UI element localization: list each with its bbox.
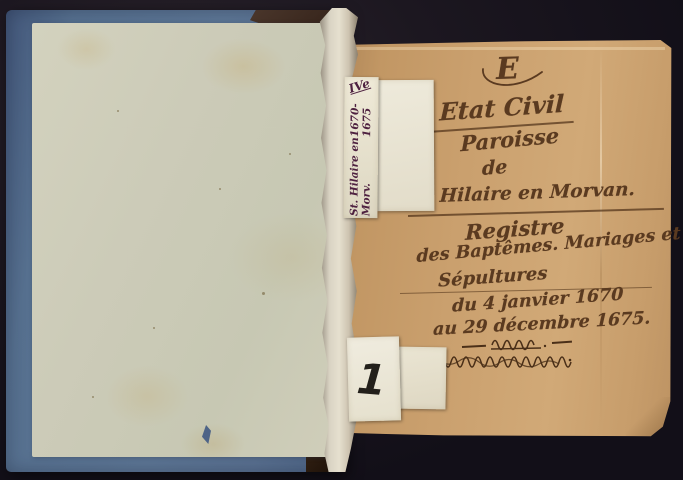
spine-label-years: 1670-1675 (349, 94, 373, 137)
archive-scan: E Etat Civil Paroisse de Saint - Hilaire… (0, 0, 683, 480)
register-back-cover (6, 10, 346, 472)
inventory-number: 1 (355, 354, 388, 405)
back-cover-paper (32, 23, 334, 457)
paper-speck (153, 327, 155, 329)
paper-speck (289, 153, 291, 155)
cover-corner-fold (626, 397, 672, 437)
line-de: de (482, 156, 507, 180)
paper-speck (219, 188, 221, 190)
blank-label-small (397, 347, 446, 410)
spine-label-place: St. Hilaire en Morv. (348, 137, 373, 216)
paper-speck (92, 396, 94, 398)
scribble-strikethrough-2 (436, 350, 574, 370)
cover-crease (353, 47, 666, 50)
paper-speck (117, 110, 119, 112)
paper-speck (262, 292, 265, 295)
spine-label-vertical-text: St. Hilaire en Morv. 1670-1675 (343, 94, 378, 216)
spine-label-series: IVe (347, 76, 372, 96)
spine-label: IVe St. Hilaire en Morv. 1670-1675 (343, 77, 378, 218)
blank-label-large (377, 80, 435, 211)
inventory-number-label: 1 (347, 336, 401, 421)
